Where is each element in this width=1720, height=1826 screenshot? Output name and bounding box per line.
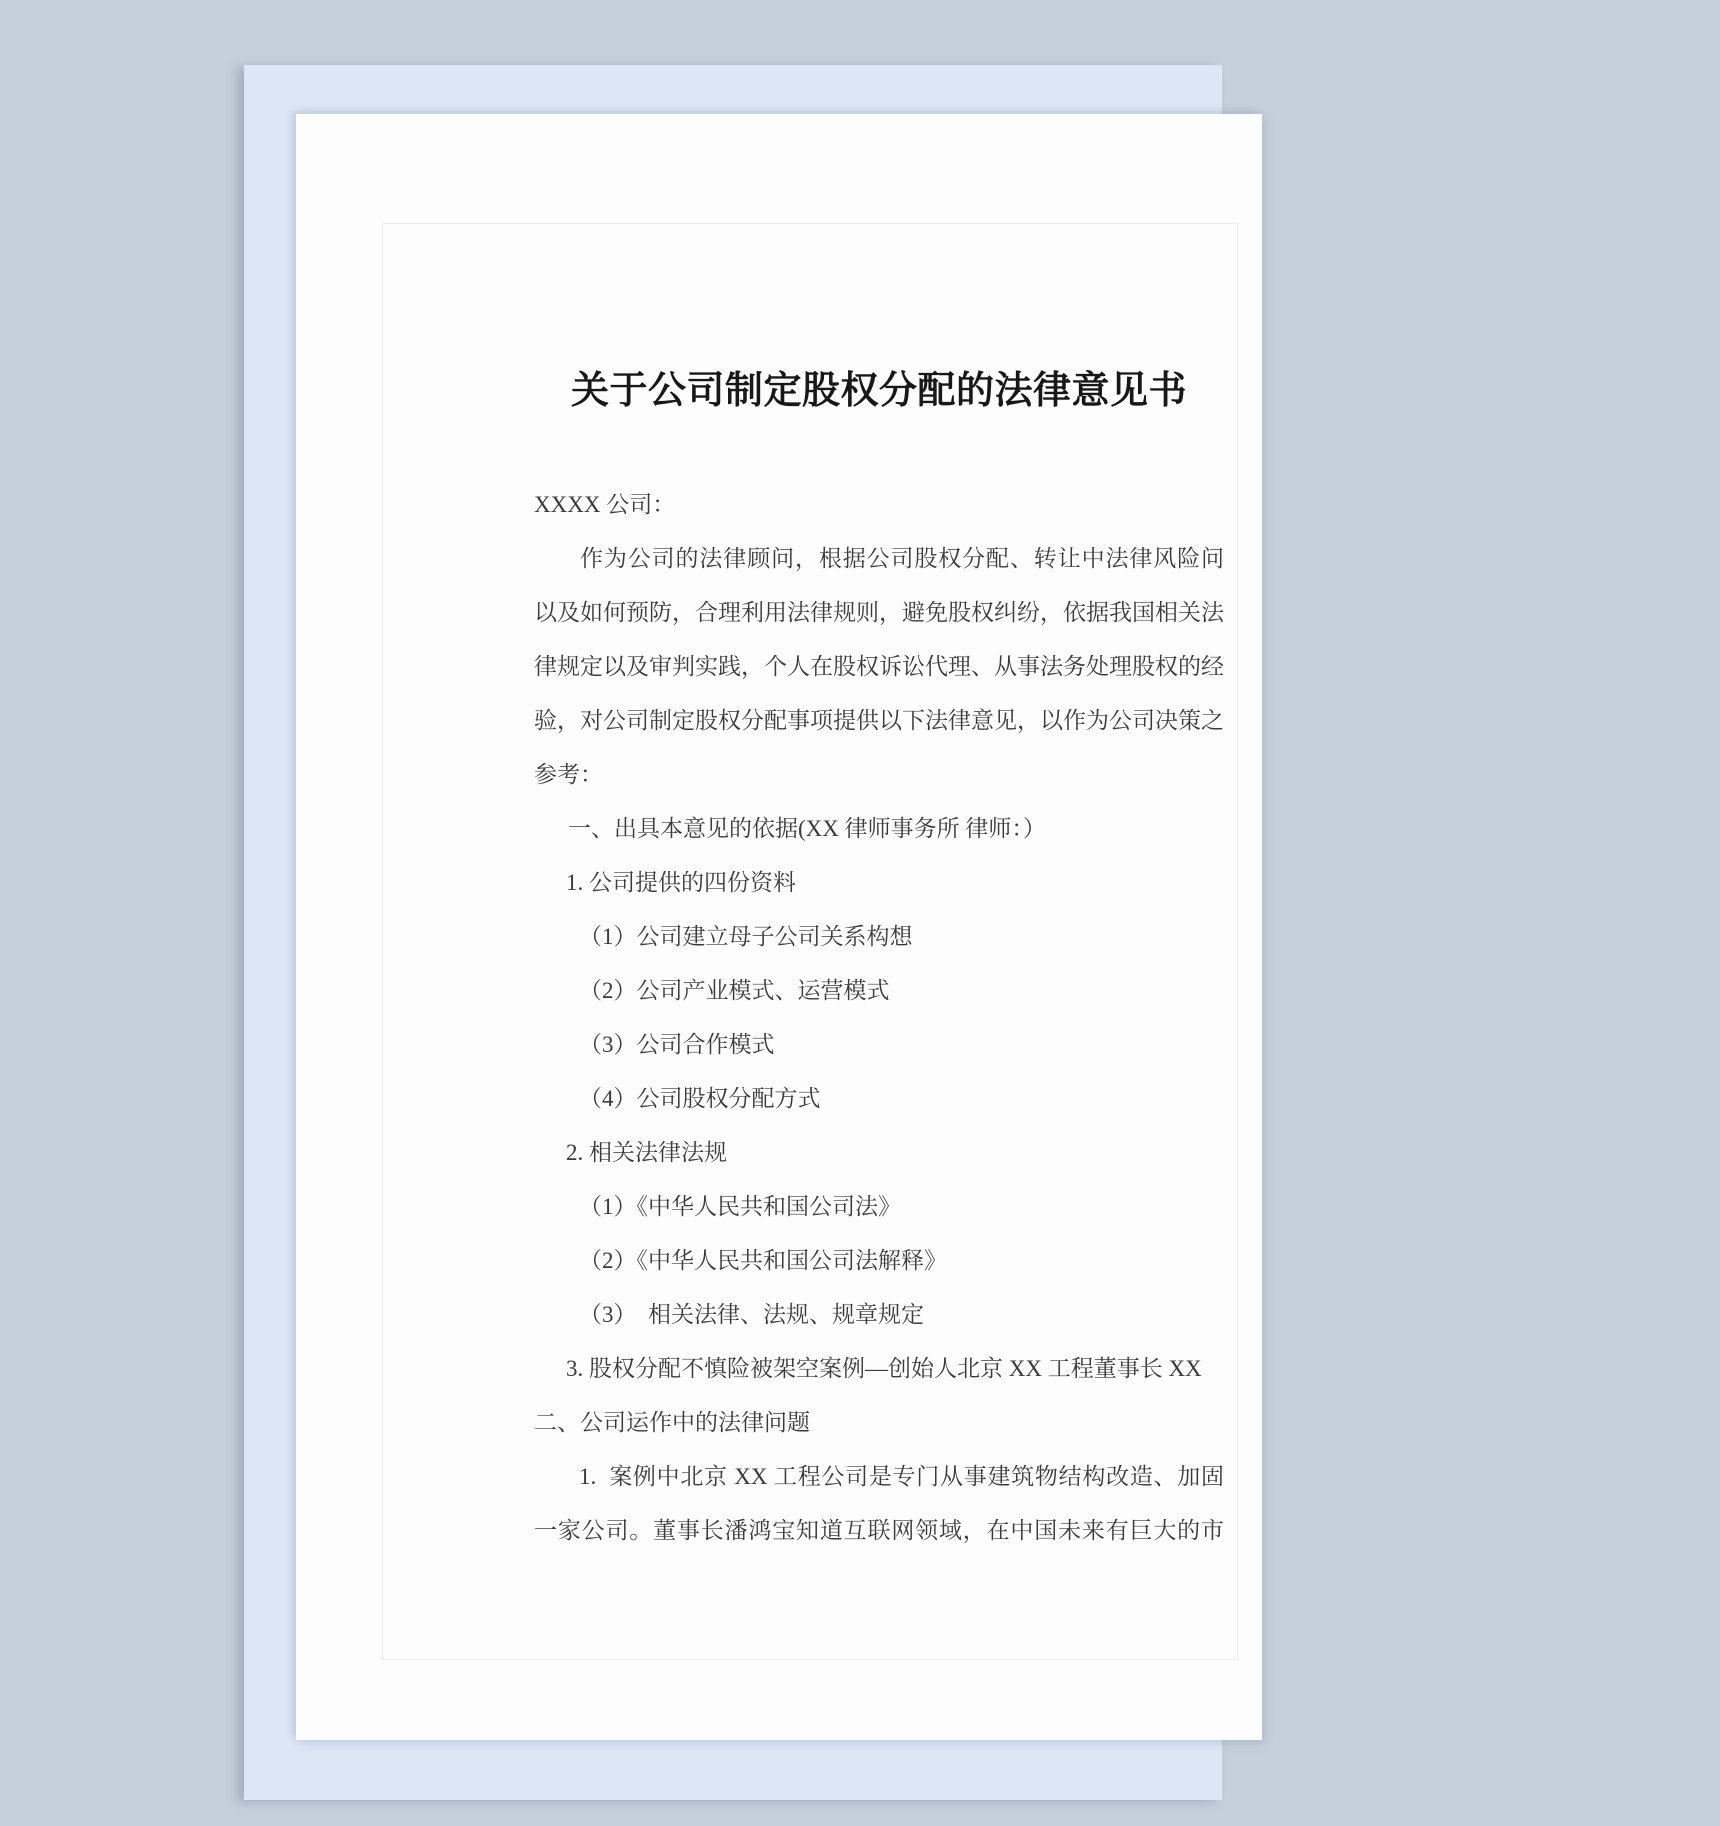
- outline-item-1-sub-2: （2）公司产业模式、运营模式: [534, 964, 1224, 1018]
- salutation-line: XXXX 公司：: [534, 478, 1224, 532]
- outline-item-2-sub-1: （1）《中华人民共和国公司法》: [534, 1180, 1224, 1234]
- case-paragraph-line-1: 1. 案例中北京 XX 工程公司是专门从事建筑物结构改造、加固的: [534, 1450, 1224, 1504]
- desktop-background: { "colors": { "background": "#c6d0dc", "…: [0, 0, 1720, 1826]
- case-paragraph-line-2: 一家公司。董事长潘鸿宝知道互联网领域，在中国未来有巨大的市场，: [534, 1504, 1224, 1558]
- intro-paragraph-line-4: 验，对公司制定股权分配事项提供以下法律意见，以作为公司决策之: [534, 694, 1224, 748]
- outline-item-2-sub-2: （2）《中华人民共和国公司法解释》: [534, 1234, 1224, 1288]
- outline-item-2: 2. 相关法律法规: [534, 1126, 1224, 1180]
- intro-paragraph-line-5: 参考：: [534, 748, 1224, 802]
- intro-paragraph-line-1: 作为公司的法律顾问，根据公司股权分配、转让中法律风险问题，: [534, 532, 1224, 586]
- document-page: 关于公司制定股权分配的法律意见书 XXXX 公司： 作为公司的法律顾问，根据公司…: [296, 114, 1262, 1740]
- section-one-heading: 一、出具本意见的依据(XX 律师事务所 律师：）: [534, 802, 1224, 856]
- section-two-heading: 二、公司运作中的法律问题: [534, 1396, 1224, 1450]
- outline-item-1: 1. 公司提供的四份资料: [534, 856, 1224, 910]
- document-body: XXXX 公司： 作为公司的法律顾问，根据公司股权分配、转让中法律风险问题， 以…: [534, 478, 1224, 1558]
- document-title: 关于公司制定股权分配的法律意见书: [534, 366, 1224, 416]
- document-content: 关于公司制定股权分配的法律意见书 XXXX 公司： 作为公司的法律顾问，根据公司…: [534, 366, 1224, 1558]
- outline-item-1-sub-3: （3）公司合作模式: [534, 1018, 1224, 1072]
- outline-item-1-sub-4: （4）公司股权分配方式: [534, 1072, 1224, 1126]
- intro-paragraph-line-2: 以及如何预防，合理利用法律规则，避免股权纠纷，依据我国相关法: [534, 586, 1224, 640]
- intro-paragraph-line-3: 律规定以及审判实践，个人在股权诉讼代理、从事法务处理股权的经: [534, 640, 1224, 694]
- outline-item-3: 3. 股权分配不慎险被架空案例—创始人北京 XX 工程董事长 XX: [534, 1342, 1224, 1396]
- outline-item-2-sub-3: （3） 相关法律、法规、规章规定: [534, 1288, 1224, 1342]
- outline-item-1-sub-1: （1）公司建立母子公司关系构想: [534, 910, 1224, 964]
